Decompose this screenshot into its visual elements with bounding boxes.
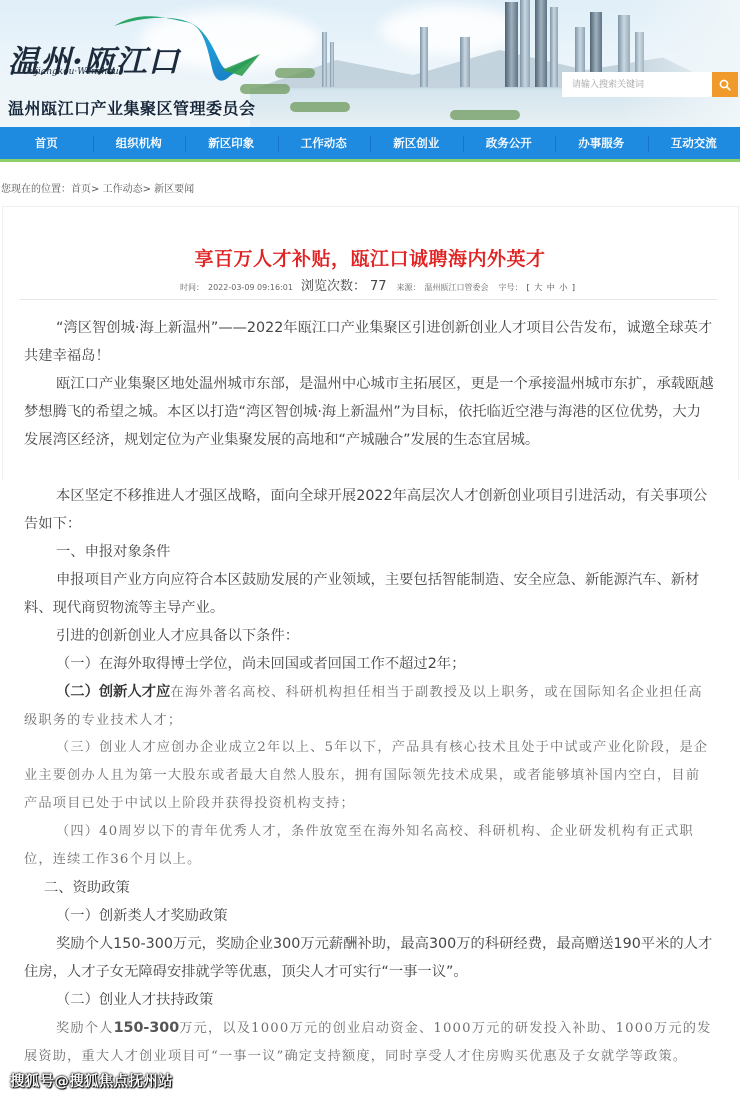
amount-highlight: 150-300 [114,1020,180,1036]
meta-time-label: 时间： [180,282,204,293]
breadcrumb-home[interactable]: 首页 [71,184,91,195]
article-list-item: （二）创新人才应在海外著名高校、科研机构担任相当于副教授及以上职务，或在国际知名… [24,678,714,735]
banner-building [505,2,518,87]
section-heading: 一、申报对象条件 [24,538,714,566]
article-paragraph: “湾区智创城·海上新温州”——2022年瓯江口产业集聚区引进创新创业人才项目公告… [24,314,714,370]
search-icon [719,79,731,91]
nav-item-work-news[interactable]: 工作动态 [278,127,371,159]
sub-heading: （二）创业人才扶持政策 [24,986,714,1014]
org-name: 温州瓯江口产业集聚区管理委员会 [8,96,256,119]
banner-trees [275,68,315,78]
meta-views-value: 77 [370,279,387,294]
search-input[interactable] [562,72,712,97]
article-list-item: （四）40周岁以下的青年优秀人才，条件放宽至在海外知名高校、科研机构、企业研发机… [24,818,714,874]
nav-item-services[interactable]: 办事服务 [555,127,648,159]
article-paragraph: 申报项目产业方向应符合本区鼓励发展的产业领域，主要包括智能制造、安全应急、新能源… [24,566,714,622]
paragraph-lead: 奖励个人 [56,1021,114,1036]
nav-item-gov-affairs[interactable]: 政务公开 [463,127,556,159]
banner-building [322,32,327,87]
banner-building [550,7,558,87]
breadcrumb-prefix: 您现在的位置： [1,184,71,195]
article-paragraph: 瓯江口产业集聚区地处温州城市东部，是温州中心城市主拓展区，更是一个承接温州城市东… [24,370,714,454]
nav-item-home[interactable]: 首页 [0,127,93,159]
banner-building [535,0,547,87]
article-meta: 时间： 2022-03-09 09:16:01 浏览次数： 77 来源： 温州瓯… [180,275,576,294]
article-title: 享百万人才补贴，瓯江口诚聘海内外英才 [0,244,740,271]
title-divider [20,299,717,300]
nav-item-impression[interactable]: 新区印象 [185,127,278,159]
breadcrumb-separator: > [143,184,151,195]
meta-views-label: 浏览次数： [301,275,366,294]
search-button[interactable] [712,72,738,97]
nav-item-startup[interactable]: 新区创业 [370,127,463,159]
banner-building [330,42,334,87]
banner-fade [620,0,740,127]
article-paragraph: 本区坚定不移推进人才强区战略，面向全球开展2022年高层次人才创新创业项目引进活… [24,482,714,538]
header-banner: 温州·瓯江口 Oujiangkou·Wenzhou 温州瓯江口产业集聚区管理委员… [0,0,740,127]
meta-time-value: 2022-03-09 09:16:01 [208,283,293,292]
main-nav: 首页 组织机构 新区印象 工作动态 新区创业 政务公开 办事服务 互动交流 [0,127,740,162]
font-size-toggle[interactable]: [ 大 中 小 ] [527,282,576,293]
article-list-item: （一）在海外取得博士学位，尚未回国或者回国工作不超过2年； [24,650,714,678]
breadcrumb-zone-news[interactable]: 新区要闻 [154,184,194,195]
banner-trees [290,102,350,112]
breadcrumb-separator: > [91,184,99,195]
watermark: 搜狐号@搜狐焦点抚州站 [10,1070,173,1091]
article-paragraph: 引进的创新创业人才应具备以下条件： [24,622,714,650]
logo-text-en: Oujiangkou·Wenzhou [22,67,119,77]
banner-building [520,0,530,87]
nav-item-interaction[interactable]: 互动交流 [648,127,740,159]
banner-trees [450,110,520,120]
breadcrumb-work-news[interactable]: 工作动态 [103,184,143,195]
article-paragraph: 奖励个人150-300万元，奖励企业300万元薪酬补助，最高300万的科研经费，… [24,930,714,986]
article-paragraph: 奖励个人150-300万元，以及1000万元的创业启动资金、1000万元的研发投… [24,1014,714,1071]
nav-item-organization[interactable]: 组织机构 [93,127,186,159]
banner-cloud [380,5,520,55]
breadcrumb: 您现在的位置：首页> 工作动态> 新区要闻 [1,180,194,195]
meta-font-size-label: 字号： [499,282,523,293]
banner-building [460,37,470,87]
list-item-lead: （二）创新人才应 [56,684,170,700]
meta-source-label: 来源： [397,282,421,293]
banner-building [420,27,428,87]
section-heading: 二、资助政策 [44,874,734,902]
sub-heading: （一）创新类人才奖励政策 [24,902,714,930]
article-list-item: （三）创业人才应创办企业成立2年以上、5年以下，产品具有核心技术且处于中试或产业… [24,734,714,818]
meta-source-value: 温州瓯江口管委会 [425,282,489,293]
